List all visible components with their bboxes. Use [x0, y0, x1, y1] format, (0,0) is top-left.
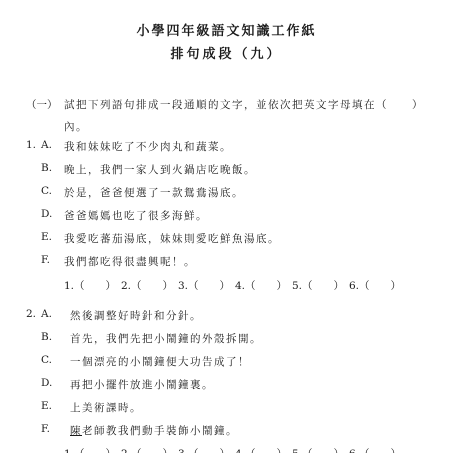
- instruction-line-1: 試把下列語句排成一段通順的文字，並依次把英文字母填在（ ）: [64, 97, 424, 112]
- answer-row: 1.（ ） 2.（ ） 3.（ ） 4.（ ） 5.（ ） 6.（ ）: [64, 446, 406, 453]
- question-number: 2.: [26, 308, 36, 320]
- answer-blank-3[interactable]: 3.（ ）: [178, 446, 235, 453]
- question-number: 1.: [26, 139, 36, 151]
- item-letter: D.: [41, 377, 52, 389]
- answer-blank-3[interactable]: 3.（ ）: [178, 278, 235, 293]
- item-text: 我和妹妹吃了不少肉丸和蔬菜。: [64, 139, 232, 154]
- answer-blank-2[interactable]: 2.（ ）: [121, 278, 178, 293]
- answer-blank-1[interactable]: 1.（ ）: [64, 446, 121, 453]
- item-letter: F.: [41, 423, 50, 435]
- item-text: 於是，爸爸便選了一款鴛鴦湯底。: [64, 185, 244, 200]
- item-letter: C.: [41, 354, 52, 366]
- proper-noun-underlined: 陳: [70, 425, 82, 437]
- answer-blank-6[interactable]: 6.（ ）: [349, 446, 406, 453]
- answer-blank-2[interactable]: 2.（ ）: [121, 446, 178, 453]
- item-letter: B.: [41, 331, 52, 343]
- answer-blank-6[interactable]: 6.（ ）: [349, 278, 406, 293]
- answer-blank-4[interactable]: 4.（ ）: [235, 446, 292, 453]
- item-letter: C.: [41, 185, 52, 197]
- worksheet-title: 小學四年級語文知識工作紙: [0, 20, 453, 39]
- item-letter: E.: [41, 231, 52, 243]
- item-text: 上美術課時。: [70, 400, 142, 415]
- item-letter: A.: [41, 308, 52, 320]
- section-number: （一）: [26, 97, 58, 112]
- item-letter: E.: [41, 400, 52, 412]
- item-text: 然後調整好時針和分針。: [70, 308, 202, 323]
- instruction-line-2: 內。: [64, 119, 88, 134]
- item-letter: F.: [41, 254, 50, 266]
- item-text: 首先，我們先把小鬧鐘的外殼拆開。: [70, 331, 262, 346]
- worksheet-subtitle: 排句成段（九）: [0, 43, 453, 62]
- item-text-with-proper-noun: 陳老師教我們動手裝飾小鬧鐘。: [70, 423, 238, 438]
- answer-blank-1[interactable]: 1.（ ）: [64, 278, 121, 293]
- item-letter: A.: [41, 139, 52, 151]
- item-text: 再把小擺件放進小鬧鐘裏。: [70, 377, 214, 392]
- item-text: 爸爸媽媽也吃了很多海鮮。: [64, 208, 208, 223]
- item-text: 晚上，我們一家人到火鍋店吃晚飯。: [64, 162, 256, 177]
- item-text: 我們都吃得很盡興呢！。: [64, 254, 196, 269]
- item-letter: B.: [41, 162, 52, 174]
- answer-row: 1.（ ） 2.（ ） 3.（ ） 4.（ ） 5.（ ） 6.（ ）: [64, 278, 406, 293]
- item-text: 一個漂亮的小鬧鐘便大功告成了！: [70, 354, 250, 369]
- answer-blank-4[interactable]: 4.（ ）: [235, 278, 292, 293]
- item-letter: D.: [41, 208, 52, 220]
- item-text: 老師教我們動手裝飾小鬧鐘。: [82, 425, 238, 437]
- answer-blank-5[interactable]: 5.（ ）: [292, 278, 349, 293]
- item-text: 我愛吃蕃茄湯底，妹妹則愛吃鮮魚湯底。: [64, 231, 280, 246]
- answer-blank-5[interactable]: 5.（ ）: [292, 446, 349, 453]
